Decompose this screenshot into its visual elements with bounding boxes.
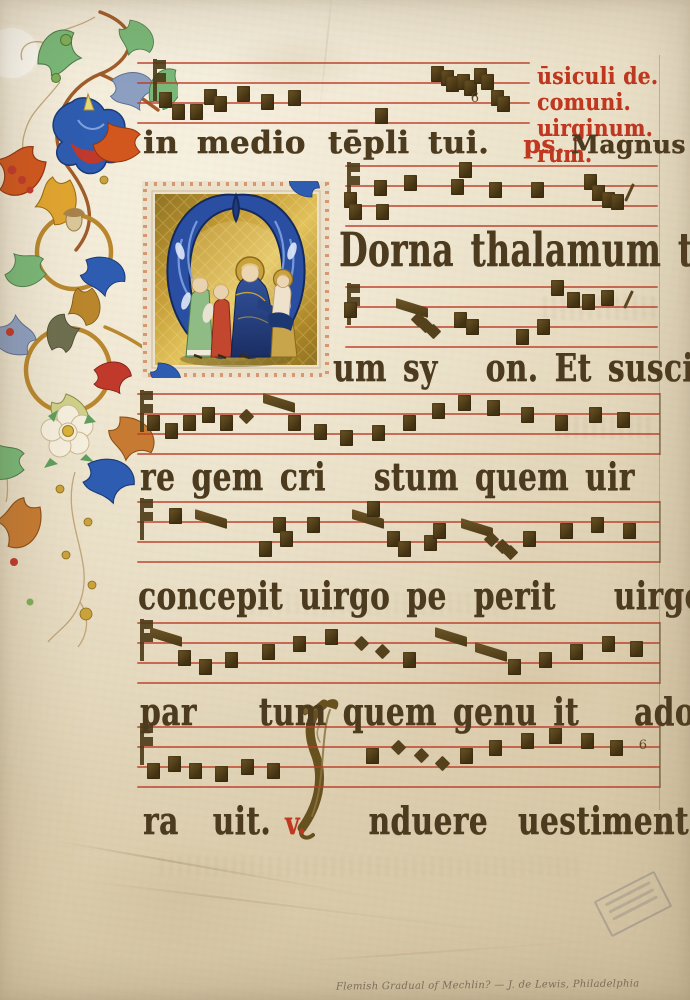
- neume-square: [262, 644, 275, 660]
- music-staff: [345, 286, 658, 348]
- chant-word: perit: [474, 574, 556, 618]
- chant-word: tum quem genu it: [259, 690, 579, 734]
- staff-line: [137, 433, 660, 435]
- neume-square: [521, 733, 534, 749]
- parchment-crease: [91, 881, 488, 932]
- staff-line: [137, 662, 660, 664]
- neume-oblique: [195, 509, 227, 529]
- neume-square: [183, 415, 196, 431]
- neume-square: [630, 641, 643, 657]
- neume-square: [460, 748, 473, 764]
- neume-square: [623, 523, 636, 539]
- collector-inscription: Flemish Gradual of Mechlin? — J. de Lewi…: [336, 978, 640, 992]
- staff-line: [137, 561, 660, 563]
- parchment-crease: [300, 940, 599, 963]
- rubric-abbreviation: v.: [285, 805, 306, 842]
- chant-word: concepit uirgo pe: [138, 574, 447, 618]
- neume-square: [582, 294, 595, 310]
- chant-word: on. Et suscipe: [486, 346, 690, 390]
- neume-square: [516, 329, 529, 345]
- chant-word: nduere: [368, 799, 487, 843]
- staff-line: [137, 682, 660, 684]
- neume-square: [340, 430, 353, 446]
- neume-square: [489, 182, 502, 198]
- neume-square: [617, 412, 630, 428]
- stain: [60, 840, 300, 960]
- neume-diamond: [239, 409, 255, 425]
- neume-square: [259, 541, 272, 557]
- music-staff: 6: [137, 62, 530, 124]
- custos-mark: 6: [639, 738, 647, 753]
- chant-text-line: rauit.v.nduereuestimentis: [143, 799, 690, 843]
- neume-square: [344, 302, 357, 318]
- neume-square: [169, 508, 182, 524]
- chant-text-line: partum quem genu itado: [140, 690, 690, 734]
- chant-word: stum quem uir: [374, 455, 635, 499]
- chant-word: Magnus do.: [571, 131, 690, 160]
- acanthus-leaf: [89, 355, 134, 396]
- neume-square: [376, 204, 389, 220]
- neume-square: [458, 395, 471, 411]
- neume-square: [189, 763, 202, 779]
- clef-mark: [140, 619, 144, 661]
- neume-square: [225, 652, 238, 668]
- neume-square: [404, 175, 417, 191]
- neume-square: [555, 415, 568, 431]
- neume-square: [560, 523, 573, 539]
- staff-line: [345, 326, 658, 328]
- neume-oblique: [475, 642, 507, 662]
- neume-square: [172, 104, 185, 120]
- library-stamp: [594, 871, 673, 938]
- neume-square: [581, 733, 594, 749]
- chant-text-line: concepit uirgo peperituirgo post: [138, 574, 690, 618]
- neume-square: [293, 636, 306, 652]
- neume-diamond: [354, 636, 370, 652]
- neume-square: [537, 319, 550, 335]
- neume-square: [325, 629, 338, 645]
- staff-line: [137, 393, 660, 395]
- historiated-initial-A: [142, 181, 330, 378]
- neume-square: [165, 423, 178, 439]
- neume-square: [372, 425, 385, 441]
- neume-square: [551, 280, 564, 296]
- chant-word: ra: [143, 799, 179, 843]
- neume-square: [497, 96, 510, 112]
- music-staff: [137, 622, 660, 684]
- neume-square: [366, 748, 379, 764]
- chant-word: ado: [634, 690, 690, 734]
- acorn: [63, 208, 85, 231]
- neume-square: [489, 740, 502, 756]
- neume-square: [610, 740, 623, 756]
- altar-pedestal: [268, 312, 297, 357]
- staff-line: [345, 286, 658, 288]
- chant-word: in medio: [143, 126, 306, 162]
- neume-square: [567, 292, 580, 308]
- neume-square: [220, 415, 233, 431]
- neume-square: [237, 86, 250, 102]
- neume-square: [508, 659, 521, 675]
- acanthus-leaf: [0, 439, 30, 487]
- clef-mark: [140, 390, 144, 432]
- staff-line: [137, 501, 660, 503]
- neume-square: [521, 407, 534, 423]
- neume-square: [481, 74, 494, 90]
- acanthus-leaf: [0, 310, 41, 366]
- staff-line: [137, 122, 530, 124]
- neume-square: [432, 403, 445, 419]
- neume-square: [601, 290, 614, 306]
- chant-word: par: [140, 690, 197, 734]
- neume-square: [367, 501, 380, 517]
- music-staff: [137, 393, 660, 455]
- chant-word: uestimentis: [518, 799, 690, 843]
- neume-square: [451, 179, 464, 195]
- neume-square: [280, 531, 293, 547]
- neume-square: [454, 312, 467, 328]
- neume-square: [307, 517, 320, 533]
- neume-square: [214, 96, 227, 112]
- staff-end-bar: [659, 393, 661, 455]
- neume-square: [314, 424, 327, 440]
- chant-text-line: Dorna thalamum tu: [339, 224, 690, 278]
- staff-line: [137, 62, 530, 64]
- neume-diamond: [390, 740, 406, 756]
- staff-end-bar: [659, 726, 661, 788]
- acanthus-leaf: [0, 492, 53, 555]
- music-staff: [137, 501, 660, 563]
- neume-diamond: [375, 644, 391, 660]
- neume-square: [602, 636, 615, 652]
- staff-line: [345, 306, 658, 308]
- neume-square: [168, 756, 181, 772]
- neume-square: [403, 652, 416, 668]
- staff-line: [137, 786, 660, 788]
- neume-square: [147, 415, 160, 431]
- music-staff: 6: [137, 726, 660, 788]
- acanthus-leaf: [3, 251, 48, 291]
- staff-end-bar: [659, 501, 661, 563]
- chant-word: uit.: [213, 799, 271, 843]
- neume-square: [199, 659, 212, 675]
- neume-square: [398, 541, 411, 557]
- parchment-crease: [52, 839, 377, 898]
- rubric-abbreviation: ps̄.: [523, 131, 565, 160]
- neume-square: [159, 92, 172, 108]
- chant-word: uirgo post: [614, 574, 690, 618]
- neume-square: [147, 763, 160, 779]
- clef-mark: [140, 498, 144, 540]
- rubric-line: ūsiculi de.: [537, 64, 658, 90]
- neume-square: [190, 104, 203, 120]
- acanthus-leaf: [28, 24, 87, 80]
- neume-square: [523, 531, 536, 547]
- staff-line: [345, 165, 658, 167]
- neume-square: [288, 90, 301, 106]
- neume-diamond: [414, 748, 430, 764]
- chant-word: Dorna thalamum tu: [339, 224, 690, 278]
- acanthus-leaf: [116, 15, 157, 60]
- neume-oblique: [263, 393, 295, 413]
- neume-square: [267, 763, 280, 779]
- chant-word: um sy: [333, 346, 438, 390]
- neume-square: [349, 204, 362, 220]
- neume-square: [531, 182, 544, 198]
- neume-square: [261, 94, 274, 110]
- custos-mark: 6: [471, 91, 479, 106]
- staff-line: [137, 413, 660, 415]
- neume-oblique: [396, 298, 428, 318]
- neume-square: [374, 180, 387, 196]
- rubric-line: comuni.: [537, 90, 658, 116]
- neume-square: [288, 415, 301, 431]
- neume-square: [178, 650, 191, 666]
- staff-line: [137, 622, 660, 624]
- ink-show-through: [160, 856, 580, 876]
- staff-end-bar: [659, 622, 661, 684]
- neume-square: [589, 407, 602, 423]
- neume-square: [433, 523, 446, 539]
- neume-square: [202, 407, 215, 423]
- clef-mark: [153, 59, 157, 101]
- music-staff: [345, 165, 658, 227]
- neume-square: [570, 644, 583, 660]
- chant-text-line: re gem cristum quem uirgo: [140, 455, 690, 499]
- neume-square: [611, 194, 624, 210]
- neume-square: [403, 415, 416, 431]
- neume-square: [466, 319, 479, 335]
- neume-square: [241, 759, 254, 775]
- chant-text-line: in mediotēpli tui.ps̄.Magnus do.: [143, 126, 690, 162]
- neume-square: [539, 652, 552, 668]
- neume-square: [215, 766, 228, 782]
- chant-word: re gem cri: [140, 455, 326, 499]
- neume-diamond: [435, 756, 451, 772]
- chant-text-line: um syon. Et suscipe: [333, 346, 690, 390]
- neume-square: [375, 108, 388, 124]
- manuscript-page: ūsiculi de.comuni.uirginum.rum. Flemish …: [0, 0, 690, 1000]
- neume-square: [591, 517, 604, 533]
- neume-square: [487, 400, 500, 416]
- neume-square: [459, 162, 472, 178]
- chant-word: tēpli tui.: [328, 126, 490, 162]
